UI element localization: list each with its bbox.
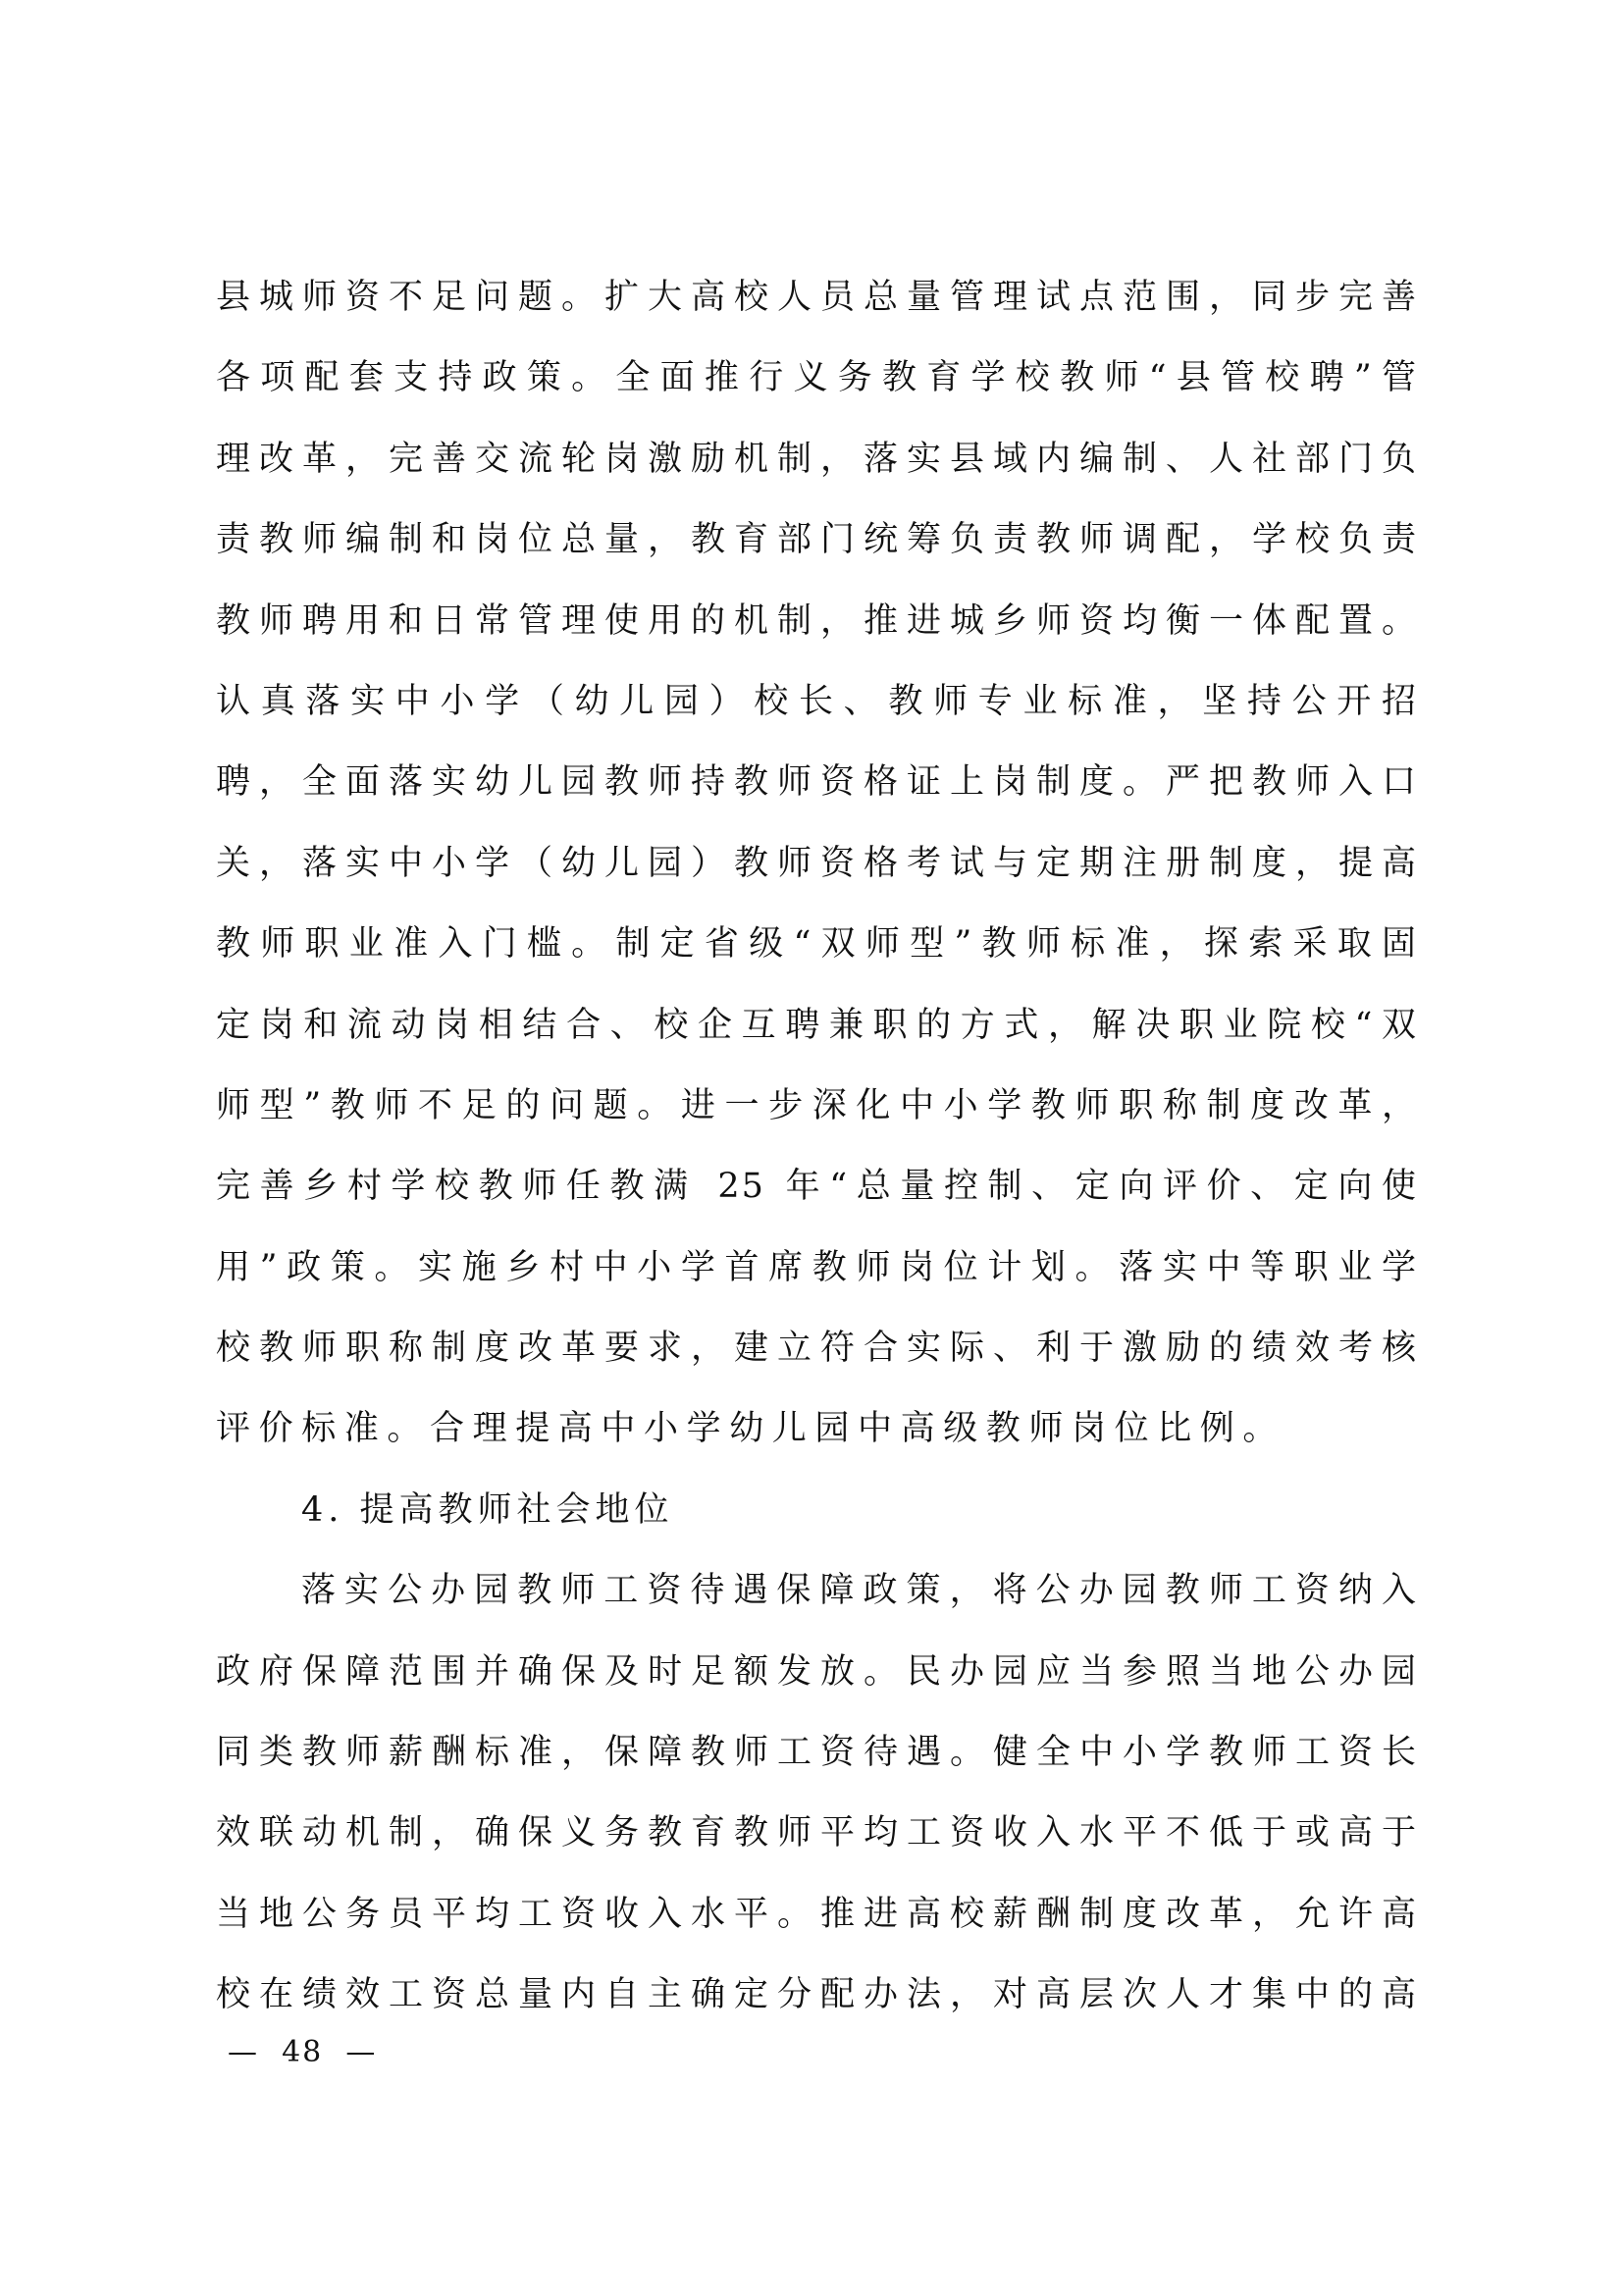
- paragraph-line: 评价标准。合理提高中小学幼儿园中高级教师岗位比例。: [216, 1388, 1418, 1469]
- paragraph-line: 政府保障范围并确保及时足额发放。民办园应当参照当地公办园: [216, 1632, 1418, 1712]
- document-body: 县城师资不足问题。扩大高校人员总量管理试点范围，同步完善 各项配套支持政策。全面…: [216, 257, 1418, 2036]
- paragraph-line: 教师职业准入门槛。制定省级“双师型”教师标准，探索采取固: [216, 904, 1418, 984]
- paragraph-line: 效联动机制，确保义务教育教师平均工资收入水平不低于或高于: [216, 1793, 1418, 1873]
- paragraph-line: 理改革，完善交流轮岗激励机制，落实县域内编制、人社部门负: [216, 419, 1418, 499]
- section-heading: 4. 提高教师社会地位: [216, 1470, 1418, 1550]
- paragraph-line: 同类教师薪酬标准，保障教师工资待遇。健全中小学教师工资长: [216, 1712, 1418, 1793]
- paragraph-line: 责教师编制和岗位总量，教育部门统筹负责教师调配，学校负责: [216, 499, 1418, 580]
- paragraph-line: 各项配套支持政策。全面推行义务教育学校教师“县管校聘”管: [216, 338, 1418, 418]
- paragraph-line: 聘，全面落实幼儿园教师持教师资格证上岗制度。严把教师入口: [216, 742, 1418, 822]
- paragraph-line: 用”政策。实施乡村中小学首席教师岗位计划。落实中等职业学: [216, 1227, 1418, 1308]
- paragraph-line: 认真落实中小学（幼儿园）校长、教师专业标准，坚持公开招: [216, 661, 1418, 742]
- paragraph-line: 完善乡村学校教师任教满 25 年“总量控制、定向评价、定向使: [216, 1146, 1418, 1226]
- paragraph-line: 县城师资不足问题。扩大高校人员总量管理试点范围，同步完善: [216, 257, 1418, 338]
- paragraph-line: 师型”教师不足的问题。进一步深化中小学教师职称制度改革，: [216, 1066, 1418, 1146]
- page-number: — 48 —: [228, 2033, 377, 2072]
- paragraph-line: 关，落实中小学（幼儿园）教师资格考试与定期注册制度，提高: [216, 823, 1418, 904]
- paragraph-line: 教师聘用和日常管理使用的机制，推进城乡师资均衡一体配置。: [216, 581, 1418, 661]
- paragraph-line: 落实公办园教师工资待遇保障政策，将公办园教师工资纳入: [216, 1550, 1418, 1631]
- document-page: 县城师资不足问题。扩大高校人员总量管理试点范围，同步完善 各项配套支持政策。全面…: [0, 0, 1624, 2296]
- paragraph-line: 当地公务员平均工资收入水平。推进高校薪酬制度改革，允许高: [216, 1874, 1418, 1955]
- paragraph-line: 校教师职称制度改革要求，建立符合实际、利于激励的绩效考核: [216, 1308, 1418, 1388]
- paragraph-line: 校在绩效工资总量内自主确定分配办法，对高层次人才集中的高: [216, 1955, 1418, 2035]
- paragraph-line: 定岗和流动岗相结合、校企互聘兼职的方式，解决职业院校“双: [216, 985, 1418, 1066]
